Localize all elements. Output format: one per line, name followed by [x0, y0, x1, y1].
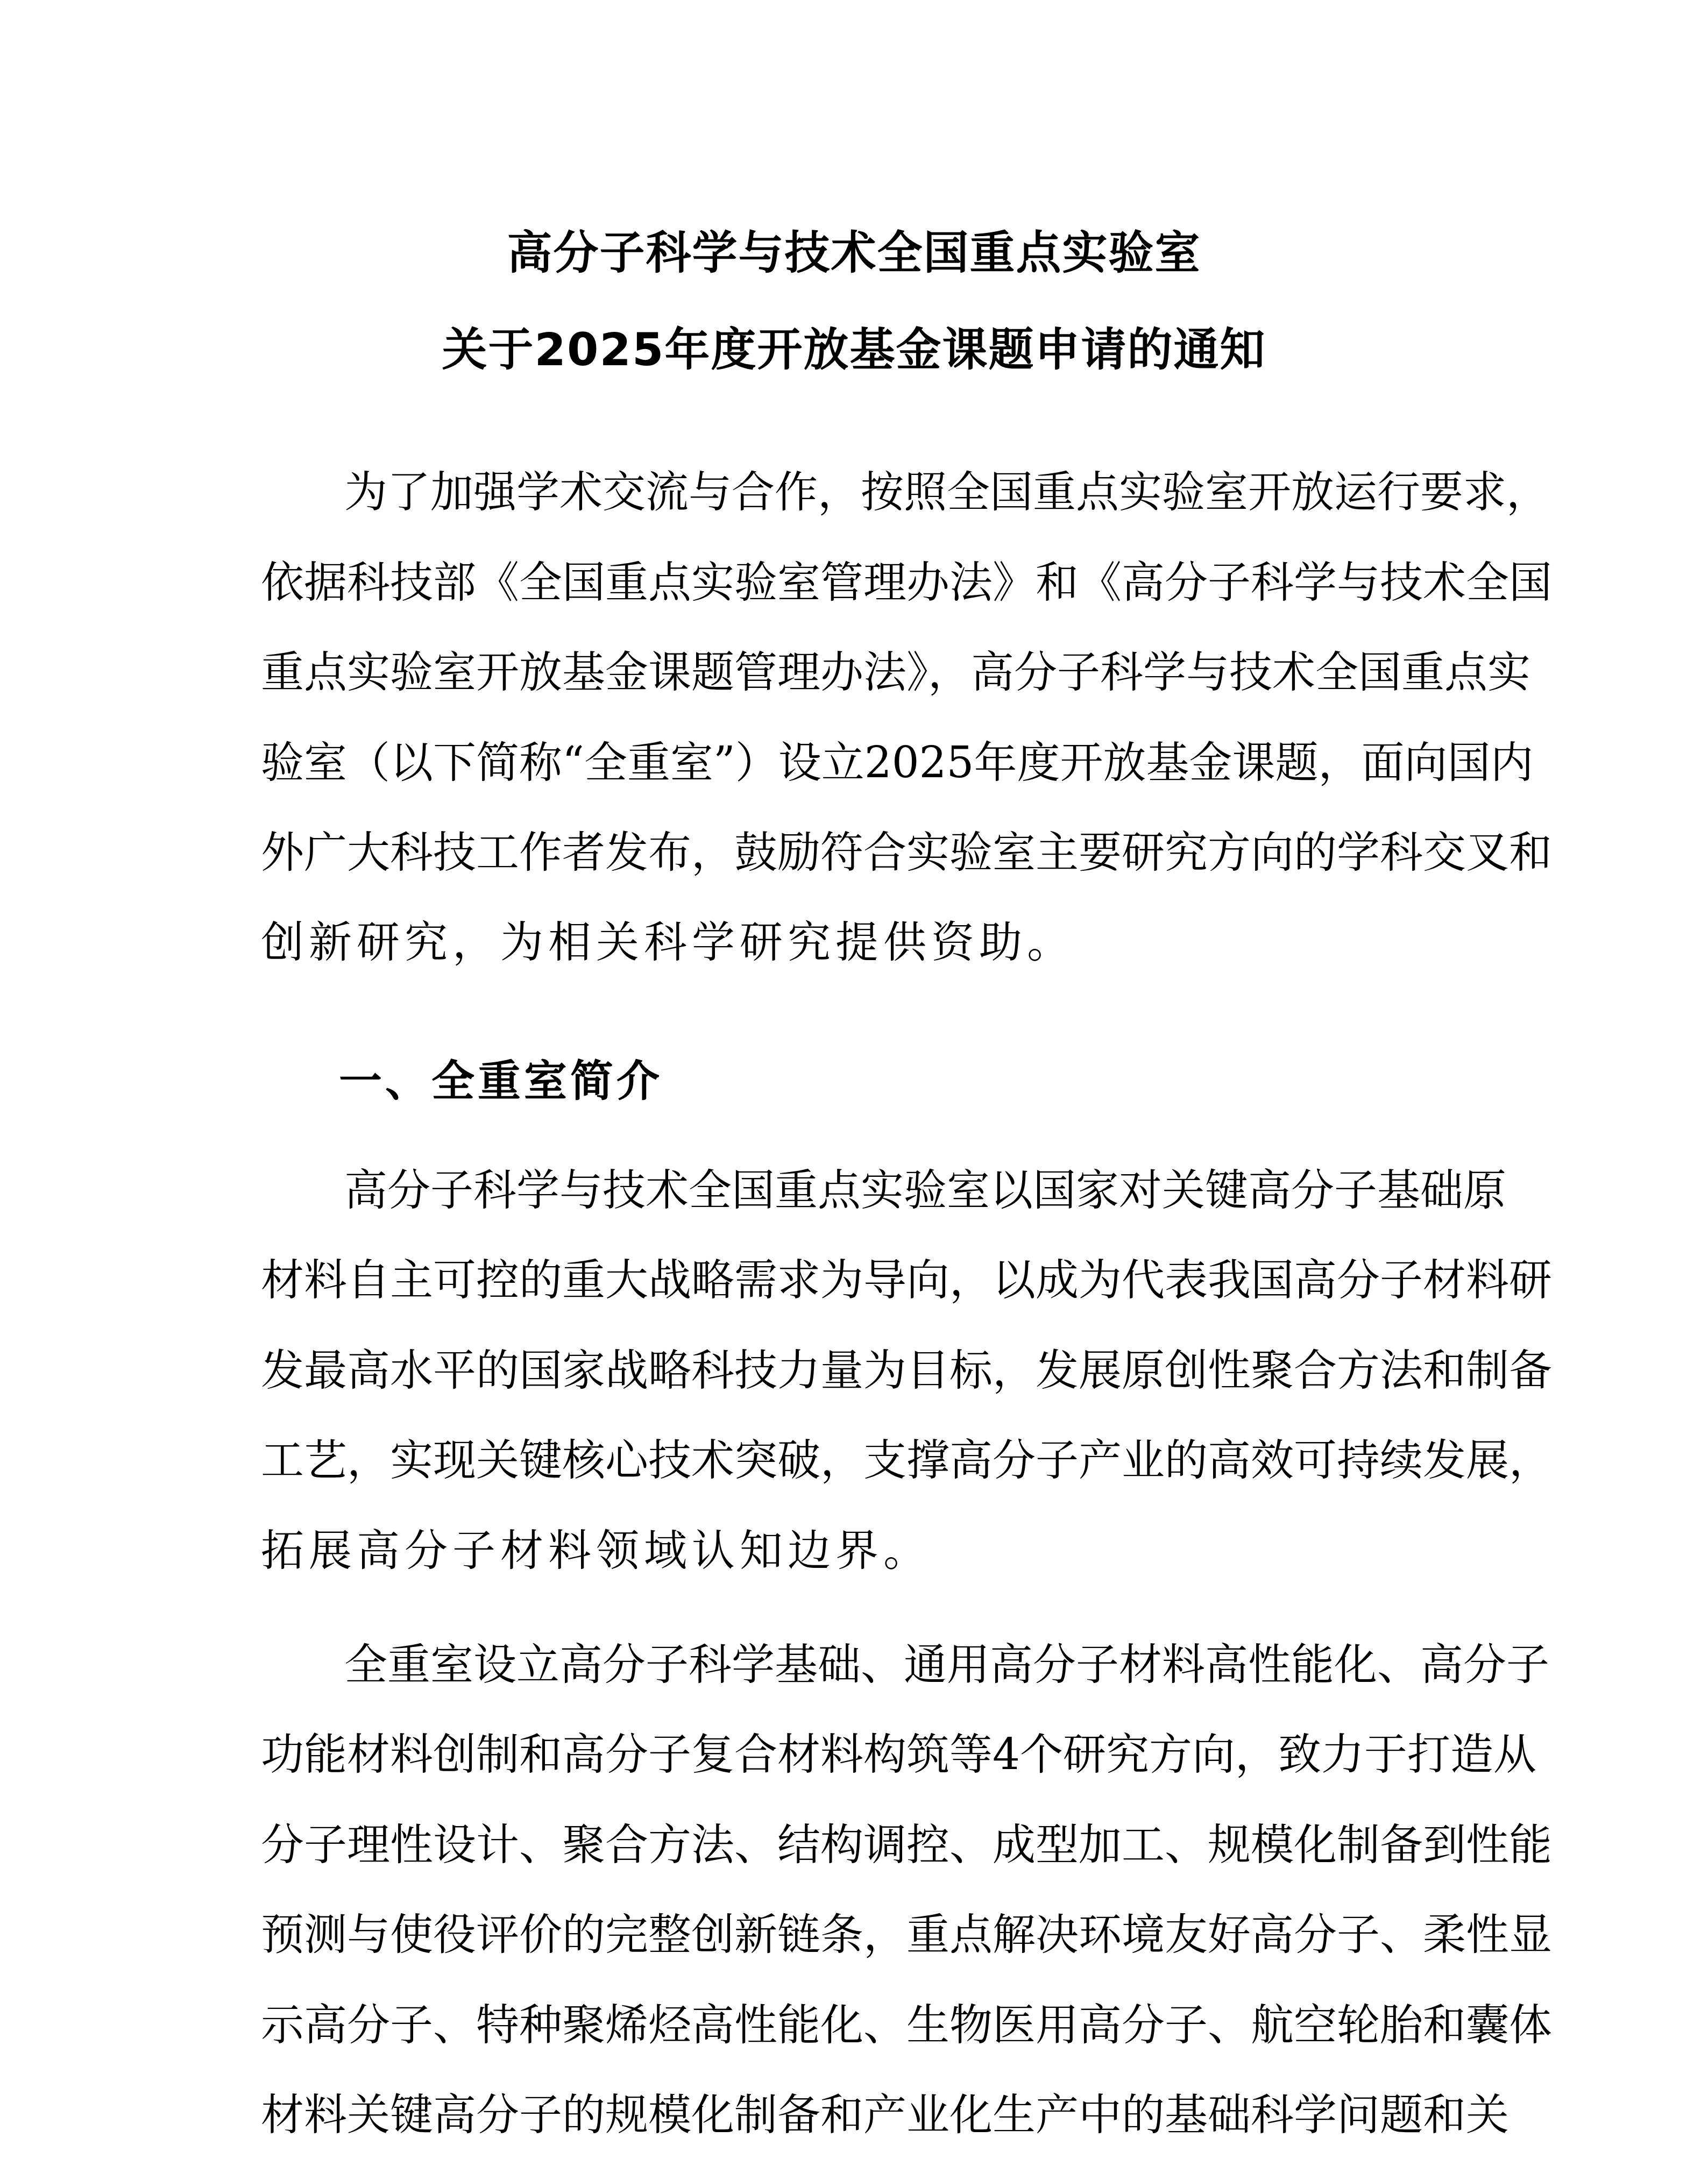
paragraph-line: 为了加强学术交流与合作，按照全国重点实验室开放运行要求，: [344, 463, 1451, 522]
paragraph-line: 重点实验室开放基金课题管理办法》，高分子科学与技术全国重点实: [261, 643, 1451, 702]
paragraph-line: 创新研究，为相关科学研究提供资助。: [261, 913, 1451, 972]
paragraph-line: 分子理性设计、聚合方法、结构调控、成型加工、规模化制备到性能: [261, 1815, 1451, 1874]
section-heading: 一、全重室简介: [339, 1052, 663, 1111]
paragraph-line: 依据科技部《全国重点实验室管理办法》和《高分子科学与技术全国: [261, 553, 1451, 612]
paragraph-line: 材料关键高分子的规模化制备和产业化生产中的基础科学问题和关: [261, 2085, 1451, 2144]
paragraph-line: 功能材料创制和高分子复合材料构筑等4个研究方向，致力于打造从: [261, 1725, 1451, 1784]
paragraph-line: 验室（以下简称“全重室”）设立2025年度开放基金课题，面向国内: [261, 733, 1451, 792]
paragraph-line: 工艺，实现关键核心技术突破，支撑高分子产业的高效可持续发展，: [261, 1431, 1451, 1490]
document-page: 高分子科学与技术全国重点实验室 关于2025年度开放基金课题申请的通知 为了加强…: [0, 0, 1708, 2159]
paragraph-line: 预测与使役评价的完整创新链条，重点解决环境友好高分子、柔性显: [261, 1905, 1451, 1964]
paragraph-line: 发最高水平的国家战略科技力量为目标，发展原创性聚合方法和制备: [261, 1341, 1451, 1400]
paragraph-line: 高分子科学与技术全国重点实验室以国家对关键高分子基础原: [344, 1161, 1451, 1220]
paragraph-line: 示高分子、特种聚烯烃高性能化、生物医用高分子、航空轮胎和囊体: [261, 1995, 1451, 2055]
paragraph-line: 外广大科技工作者发布，鼓励符合实验室主要研究方向的学科交叉和: [261, 823, 1451, 882]
paragraph-line: 全重室设立高分子科学基础、通用高分子材料高性能化、高分子: [344, 1635, 1451, 1694]
paragraph-line: 拓展高分子材料领域认知边界。: [261, 1521, 1451, 1580]
document-title-line1: 高分子科学与技术全国重点实验室: [0, 226, 1708, 280]
document-title-line2: 关于2025年度开放基金课题申请的通知: [0, 323, 1708, 377]
paragraph-line: 材料自主可控的重大战略需求为导向，以成为代表我国高分子材料研: [261, 1251, 1451, 1310]
